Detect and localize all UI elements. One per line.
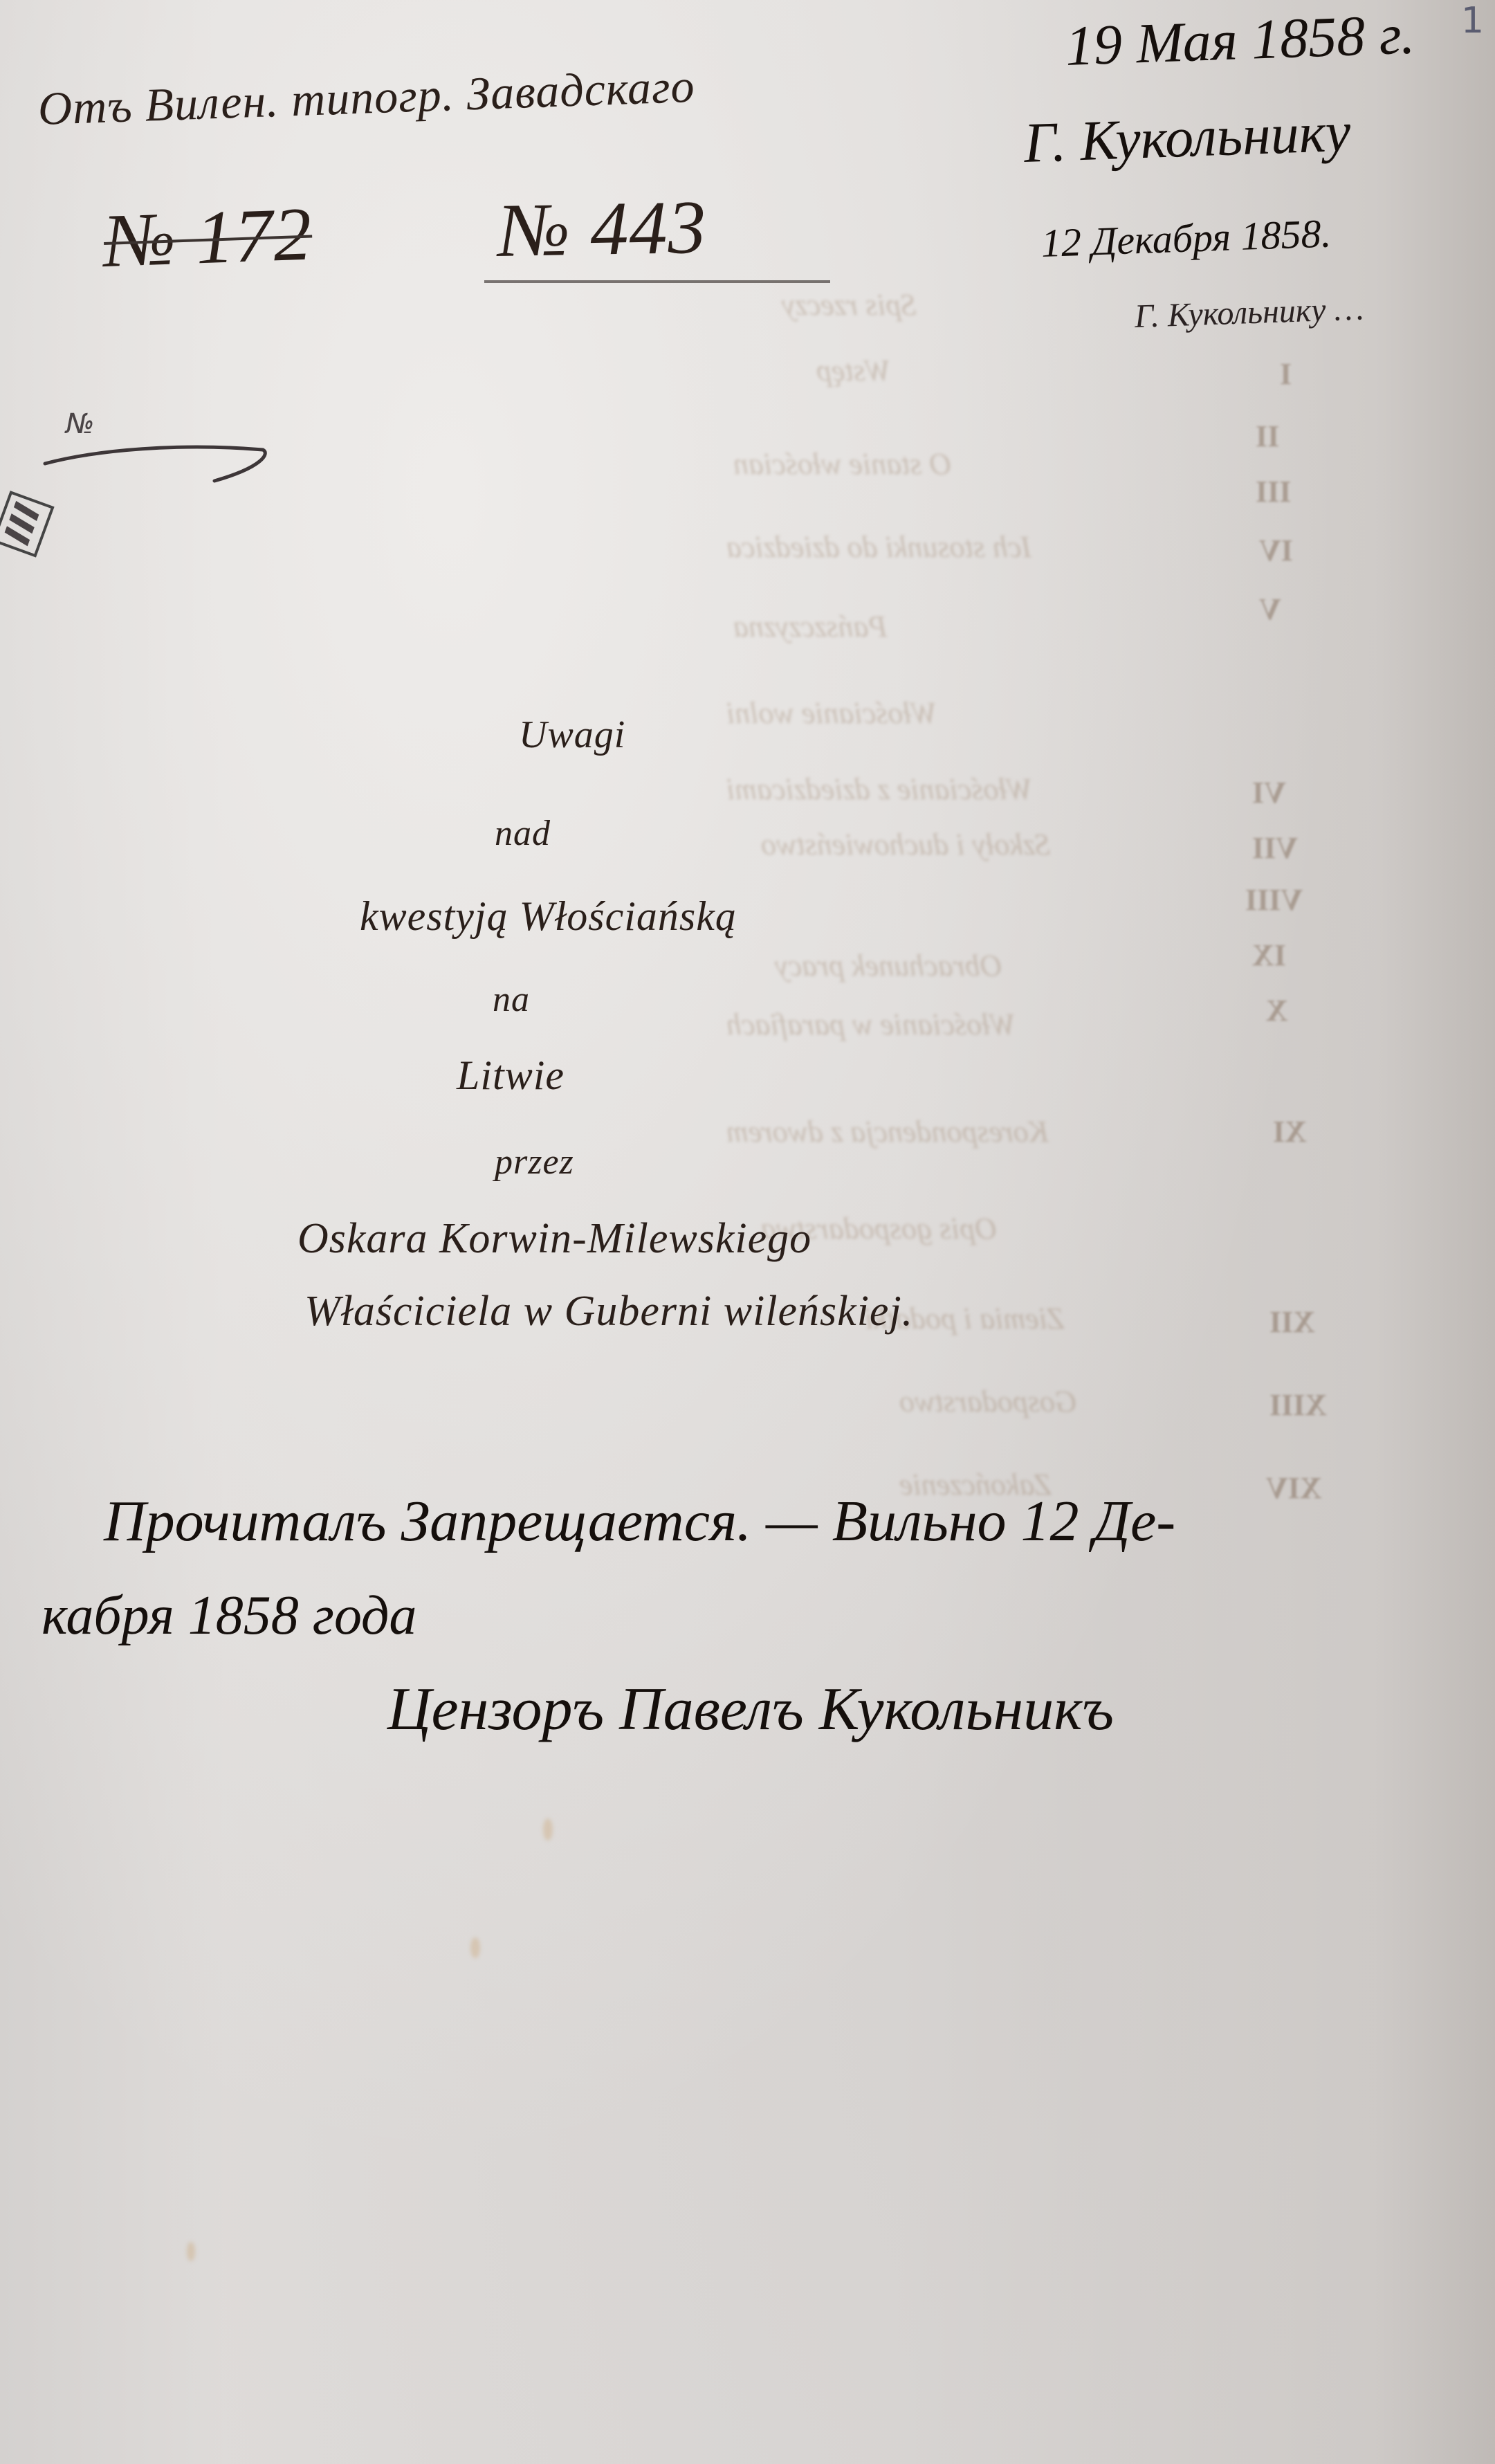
pencil-flourish-icon bbox=[42, 429, 277, 498]
second-date: 12 Декабря 1858. bbox=[1040, 210, 1332, 266]
title-line: Oskara Korwin-Milewskiego bbox=[297, 1214, 811, 1263]
title-line: kwestyją Włościańską bbox=[360, 893, 737, 940]
paper-stain bbox=[187, 2242, 195, 2261]
bleed-line: Ich stosunki do dziedzica bbox=[726, 529, 1031, 565]
bleed-line: Wstęp bbox=[816, 353, 891, 388]
bleed-roman: VIII bbox=[1245, 882, 1303, 918]
title-line: Właściciela w Guberni wileńskiej. bbox=[304, 1287, 913, 1336]
resolution-line: кабря 1858 года bbox=[42, 1585, 416, 1648]
paper-stain bbox=[470, 1937, 480, 1958]
new-registry-number: № 443 bbox=[497, 183, 707, 275]
bleed-roman: V bbox=[1259, 592, 1281, 627]
bleed-roman: VII bbox=[1252, 830, 1298, 866]
bleed-roman: II bbox=[1256, 419, 1279, 454]
bleed-line: Włościanie w parafiach bbox=[726, 1007, 1016, 1042]
title-line: Uwagi bbox=[519, 713, 625, 757]
resolution-line: Прочиталъ Запрещается. — Вильно 12 Де- bbox=[104, 1488, 1175, 1555]
paper-stain bbox=[543, 1818, 553, 1841]
addressee: Г. Кукольнику bbox=[1022, 100, 1352, 176]
bleed-roman: XIII bbox=[1269, 1387, 1327, 1423]
bleed-line: Gospodarstwo bbox=[899, 1384, 1077, 1419]
title-line: nad bbox=[495, 813, 551, 854]
source-line: Отъ Вилен. типогр. Завадскаго bbox=[37, 59, 696, 136]
bleed-line: Włościanie wolni bbox=[726, 695, 937, 731]
received-date: 19 Мая 1858 г. bbox=[1064, 1, 1415, 79]
bleed-roman: X bbox=[1266, 993, 1288, 1028]
number-underline bbox=[484, 280, 830, 283]
bleed-roman: XI bbox=[1273, 1114, 1307, 1149]
censor-signature: Цензоръ Павелъ Кукольникъ bbox=[387, 1674, 1114, 1744]
bleed-line: Spis rzeczy bbox=[782, 287, 916, 322]
bleed-roman: VI bbox=[1252, 775, 1286, 810]
bleed-roman: IV bbox=[1259, 533, 1293, 568]
bleed-line: Korespondencja z dworem bbox=[726, 1114, 1049, 1149]
second-note: Г. Кукольнику … bbox=[1134, 289, 1364, 336]
bleed-roman: IX bbox=[1252, 938, 1286, 973]
bleed-line: Włościanie z dziedzicami bbox=[726, 772, 1032, 807]
bleed-roman: I bbox=[1280, 356, 1292, 392]
bleed-line: Szkoły i duchowieństwo bbox=[761, 827, 1050, 862]
document-page: Spis rzeczy Wstęp O stanie włościan Ich … bbox=[0, 0, 1495, 2464]
title-line: na bbox=[493, 979, 530, 1020]
folio-number: 1 bbox=[1461, 0, 1484, 42]
roman-box-mark: III bbox=[0, 491, 55, 558]
old-registry-number: № 172 bbox=[102, 190, 313, 285]
bleed-line: Pańszczyzna bbox=[733, 609, 887, 644]
bleed-roman: XII bbox=[1269, 1304, 1315, 1340]
bleed-line: O stanie włościan bbox=[733, 446, 951, 482]
bleed-roman: XIV bbox=[1266, 1470, 1322, 1506]
bleed-roman: III bbox=[1256, 474, 1291, 509]
title-line: Litwie bbox=[457, 1052, 565, 1099]
title-line: przez bbox=[495, 1142, 574, 1183]
bleed-line: Obrachunek pracy bbox=[775, 948, 1002, 983]
